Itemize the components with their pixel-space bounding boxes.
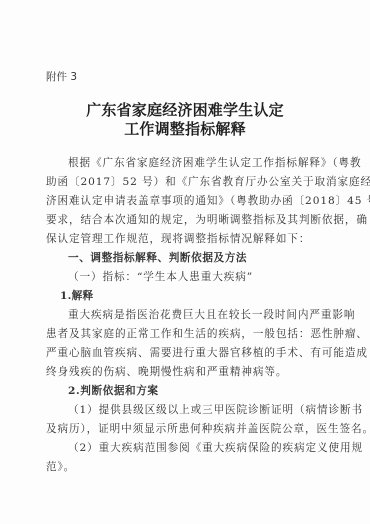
paragraph-line: （一）指标：“学生本人患重大疾病”	[46, 268, 328, 287]
paragraph-line: 助函〔2017〕52 号）和《广东省教育厅办公室关于取消家庭经	[46, 173, 328, 192]
section-heading: 1.解释	[46, 287, 328, 306]
section-heading: 一、调整指标解释、判断依据及方法	[46, 249, 328, 268]
attachment-label: 附件 3	[46, 69, 77, 84]
paragraph-line: 严重心脑血管疾病、需要进行重大器官移植的手术、有可能造成	[46, 344, 328, 363]
paragraph-line: 根据《广东省家庭经济困难学生认定工作指标解释》（粤教	[46, 154, 328, 173]
paragraph-line: （1）提供县级区级以上或三甲医院诊断证明（病情诊断书	[46, 401, 328, 420]
paragraph-line: 终身残疾的伤病、晚期慢性病和严重精神病等。	[46, 363, 328, 382]
paragraph-line: 保认定管理工作规范，现将调整指标情况解释如下：	[46, 230, 328, 249]
paragraph-line: 患者及其家庭的正常工作和生活的疾病，一般包括：恶性肿瘤、	[46, 325, 328, 344]
paragraph-line: 要求，结合本次通知的规定，为明晰调整指标及其判断依据，确	[46, 211, 328, 230]
document-body: 根据《广东省家庭经济困难学生认定工作指标解释》（粤教助函〔2017〕52 号）和…	[46, 154, 328, 477]
document-title-line-1: 广东省家庭经济困难学生认定	[0, 101, 370, 120]
paragraph-line: （2）重大疾病范围参阅《重大疾病保险的疾病定义使用规	[46, 439, 328, 458]
document-page: 附件 3 广东省家庭经济困难学生认定 工作调整指标解释 根据《广东省家庭经济困难…	[0, 0, 370, 524]
document-title-line-2: 工作调整指标解释	[0, 120, 370, 139]
paragraph-line: 及病历），证明中须显示所患何种疾病并盖医院公章，医生签名。	[46, 420, 328, 439]
section-heading: 2.判断依据和方案	[46, 382, 328, 401]
paragraph-line: 济困难认定申请表盖章事项的通知》（粤教助办函〔2018〕45 号）	[46, 192, 328, 211]
paragraph-line: 范》。	[46, 458, 328, 477]
paragraph-line: 重大疾病是指医治花费巨大且在较长一段时间内严重影响	[46, 306, 328, 325]
